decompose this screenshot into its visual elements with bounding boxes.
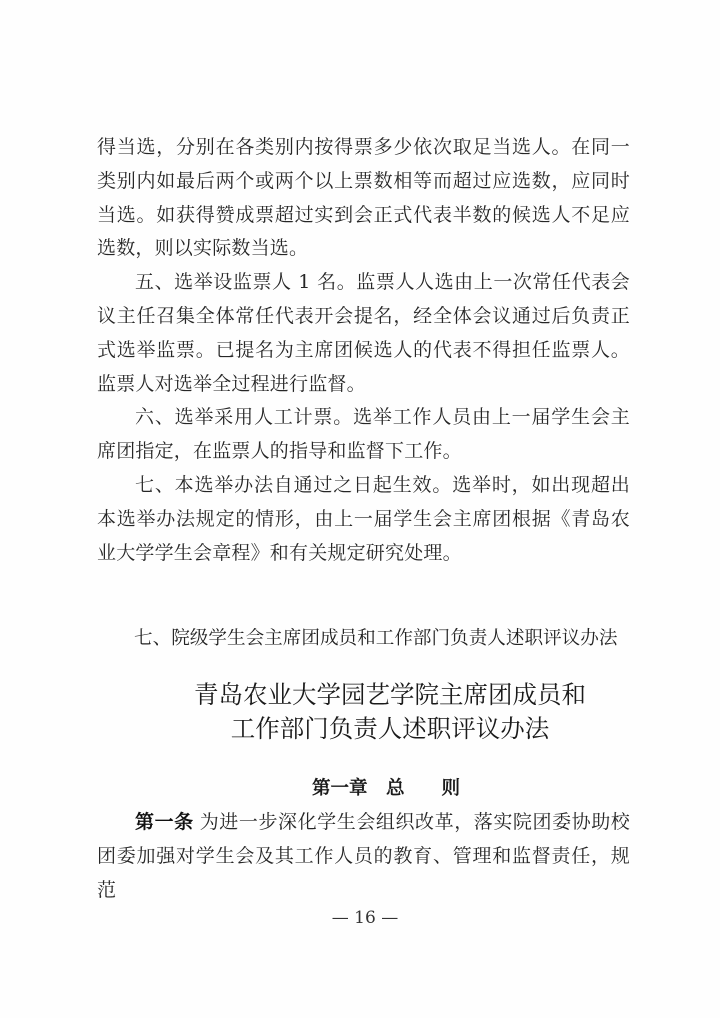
document-title-line-2: 工作部门负责人述职评议办法 — [0, 712, 720, 746]
document-title: 青岛农业大学园艺学院主席团成员和 工作部门负责人述职评议办法 — [0, 678, 720, 746]
item-seven-paragraph: 七、本选举办法自通过之日起生效。选举时，如出现超出本选举办法规定的情形，由上一届… — [97, 469, 630, 570]
document-page: 得当选，分别在各类别内按得票多少依次取足当选人。在同一类别内如最后两个或两个以上… — [0, 0, 720, 1018]
item-six-paragraph: 六、选举采用人工计票。选举工作人员由上一届学生会主席团指定，在监票人的指导和监督… — [97, 401, 630, 469]
item-five-paragraph: 五、选举设监票人 1 名。监票人人选由上一次常任代表会议主任召集全体常任代表开会… — [97, 266, 630, 401]
page-number: — 16 — — [0, 908, 720, 928]
document-title-line-1: 青岛农业大学园艺学院主席团成员和 — [0, 678, 720, 712]
article-one-label: 第一条 — [135, 811, 194, 833]
body-text-block: 得当选，分别在各类别内按得票多少依次取足当选人。在同一类别内如最后两个或两个以上… — [97, 131, 630, 570]
chapter-heading: 第一章 总 则 — [312, 775, 460, 803]
section-heading: 七、院级学生会主席团成员和工作部门负责人述职评议办法 — [134, 624, 634, 654]
article-one-paragraph: 第一条为进一步深化学生会组织改革，落实院团委协助校团委加强对学生会及其工作人员的… — [97, 806, 630, 907]
continued-paragraph: 得当选，分别在各类别内按得票多少依次取足当选人。在同一类别内如最后两个或两个以上… — [97, 131, 630, 266]
